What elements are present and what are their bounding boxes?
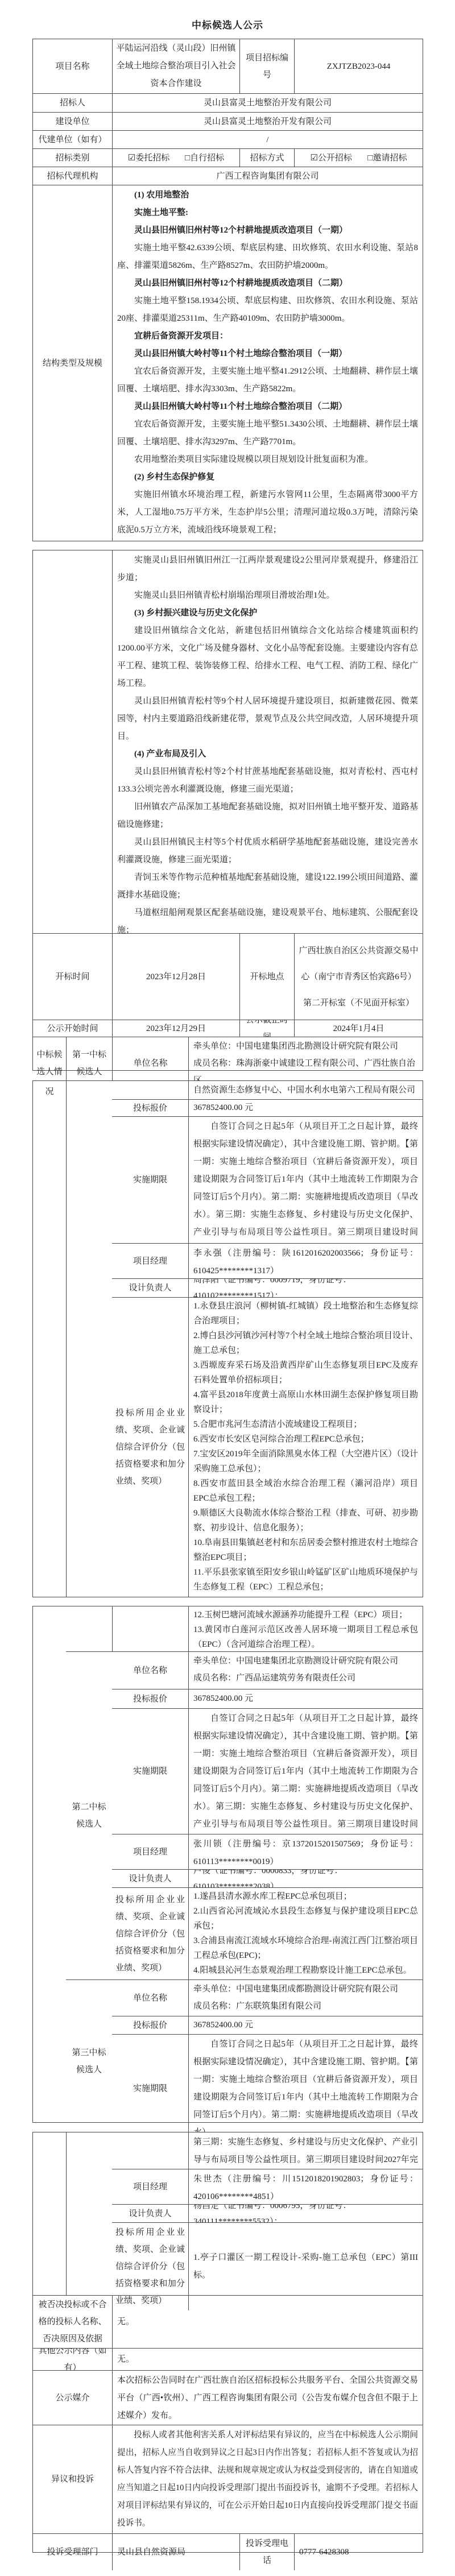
paragraph: 11.平乐县张家镇至阳安乡银山岭锰矿区矿山地质环境保护与生态修复工程（EPC）工… xyxy=(193,1565,418,1595)
label-construction-unit: 建设单位 xyxy=(33,113,112,130)
paragraph: 宜农后备资源开发，主要实施土地平整41.2912公顷、土地翻耕、耕作层土壤回覆、… xyxy=(117,363,418,398)
row-candidate1-achievements: 投标所用企业业绩、奖项、企业诚信综合评价分（包括资格要求和加分业绩、奖项） 1.… xyxy=(112,1297,423,1597)
paragraph: 牵头单位：中国电建集团成都勘测设计研究院有限公司 xyxy=(193,1981,418,1998)
table-segment-4: 12.玉树巴塘河流域水源涵养功能提升工程（EPC）项目；13.黄冈市白莲河示范区… xyxy=(32,1606,423,2123)
paragraph: (4) 产业布局及引入 xyxy=(117,746,418,763)
label-candidate3-price: 投标报价 xyxy=(112,2016,188,2034)
paragraph: (3) 乡村振兴建设与历史文化保护 xyxy=(117,604,418,622)
paragraph: 实施土地平整158.1934公顷、犁底层构建、田坎修筑、农田水利设施、泵站20座… xyxy=(117,292,418,328)
paragraph: 2.山西省沁河流域沁水县段生态修复与保护建设项目EPC总承包； xyxy=(193,1904,418,1933)
row-candidate3-duration-part2: 第三期：实施生态修复、乡村建设与历史文化保护、产业引导与布局项目等公益性项目。第… xyxy=(112,2132,423,2169)
row-candidate3-designer: 设计负责人 杨昌定（证书编号：0006795，身份证号：340111******… xyxy=(112,2204,423,2222)
row-scope-part2: 实施灵山县旧州镇旧州江一江两岸景观建设2公里河岸景观提升，修建沿江步道；实施灵山… xyxy=(33,550,423,933)
paragraph: 灵山县旧州镇民主村等5个村优质水稻研学基地配套基础设施，建设完善水利灌溉设施，修… xyxy=(117,834,418,869)
candidates-group-spacer xyxy=(33,1606,66,2143)
label-scope-continued xyxy=(33,550,112,933)
candidate3-continued-block: 第三期：实施生态修复、乡村建设与历史文化保护、产业引导与布局项目等公益性项目。第… xyxy=(33,2132,423,2295)
label-media: 公示媒介 xyxy=(33,2371,112,2425)
label-objection: 异议和投诉 xyxy=(33,2425,112,2533)
value-candidate1-achievements-part1: 1.永登县庄浪河（柳树镇-红城镇）段土地整治和生态修复综合治理项目；2.博白县沙… xyxy=(188,1298,423,1597)
value-objection: 投标人或者其他利害关系人对评标结果有异议的，应当在中标候选人公示期间提出，招标人… xyxy=(112,2425,423,2533)
value-agency: 广西工程咨询集团有限公司 xyxy=(112,167,423,185)
checkbox-delegated-tender: ☑委托招标 xyxy=(128,150,169,167)
row-candidate3-duration-part1: 实施期限 自签订合同之日起5年（从项目开工之日起计算，最终根据实际建设情况确定）… xyxy=(112,2034,423,2143)
label-candidate2-designer: 设计负责人 xyxy=(112,1870,188,1887)
candidate3-block: 第三中标候选人 单位名称 牵头单位：中国电建集团成都勘测设计研究院有限公司成员名… xyxy=(66,1979,423,2143)
value-project-name: 平陆运河沿线（灵山段）旧州镇全域土地综合整治项目引入社会资本合作建设 xyxy=(112,39,239,93)
value-candidate3-manager: 朱世杰（注册编号：川1512018201902803；身份证号：420106**… xyxy=(188,2169,423,2204)
label-candidate2-rank: 第二中标候选人 xyxy=(66,1652,112,1979)
label-notice-end: 公示截止时间 xyxy=(239,1020,294,1037)
paragraph: 实施旧州镇水环境治理工程，新建污水管网11公里，生态隔离带3000平方米，人工湿… xyxy=(117,486,418,539)
label-candidate1-designer: 设计负责人 xyxy=(112,1279,188,1297)
value-scope-part1: (1) 农用地整治实施土地平整:灵山县旧州镇旧州村等12个村耕地提质改造项目（一… xyxy=(112,185,423,541)
notice-page: { "title": "中标候选人公示", "colors": { "borde… xyxy=(0,0,455,2576)
checkbox-invited-tender: □邀请招标 xyxy=(367,150,407,167)
candidate1-achievements-continued: 12.玉树巴塘河流域水源涵养功能提升工程（EPC）项目；13.黄冈市白莲河示范区… xyxy=(66,1606,423,1651)
paragraph: 灵山县旧州镇青松村等9个村人居环境提升建设项目，拟新建微花园、微菜园等，村内主要… xyxy=(117,693,418,746)
paragraph: 宜耕后备资源开发项目： xyxy=(117,328,418,345)
label-empty xyxy=(112,1081,188,1099)
label-complaint-phone: 投诉受理电话 xyxy=(239,2534,294,2570)
label-candidate2-achievements: 投标所用企业业绩、奖项、企业诚信综合评价分（包括资格要求和加分业绩、奖项） xyxy=(112,1888,188,1979)
candidate1-continued-block: 况 自然资源生态修复中心、中国水利水电第六工程局有限公司 投标报价 367852… xyxy=(33,1081,423,1597)
label-candidates-group-part2: 况 xyxy=(33,1081,66,1597)
row-candidate2-unit: 单位名称 牵头单位：中国电建集团北京勘测设计研究院有限公司成员名称：广西品运建筑… xyxy=(112,1652,423,1689)
value-notice-end: 2024年1月4日 xyxy=(294,1020,423,1037)
checkbox-open-tender: ☑公开招标 xyxy=(310,150,351,167)
label-notice-start: 公示开始时间 xyxy=(33,1020,112,1037)
paragraph: 10.阜南县田集镇赵老村和东岳居委会整村推进农村土地综合整治EPC项目； xyxy=(193,1535,418,1565)
value-candidate3-unit: 牵头单位：中国电建集团成都勘测设计研究院有限公司成员名称：广东联筑集团有限公司 xyxy=(188,1980,423,2016)
row-tenderer: 招标人 灵山县富灵土地整治开发有限公司 xyxy=(33,93,423,112)
row-candidate2-manager: 项目经理 张川锁（注册编号：京1372015201507569；身份证号：610… xyxy=(112,1834,423,1869)
paragraph: 8.西安市蓝田县全域治水综合治理工程（灞河沿岸）项目EPC总承包工程； xyxy=(193,1476,418,1506)
row-candidate2-price: 投标报价 367852400.00 元 xyxy=(112,1689,423,1708)
row-other-content: 其他公示内容（如有） 无。 xyxy=(33,2348,423,2370)
paragraph: 9.顺德区大良勒流水体综合整治工程（排查、可研、初步勘察、初步设计、信息化服务）… xyxy=(193,1506,418,1535)
row-agent-unit: 代建单位（如有） / xyxy=(33,130,423,148)
paragraph: 13.黄冈市白莲河示范区改善人居环境一期项目工程总承包（EPC）（含河道综合治理… xyxy=(193,1622,418,1651)
paragraph: 1.亭子口灌区一期工程设计-采购-施工总承包（EPC）第III标。 xyxy=(193,2249,418,2284)
paragraph: 6.西安市长安区皂河综合治理工程EPC总承包； xyxy=(193,1432,418,1447)
value-scope-part2: 实施灵山县旧州镇旧州江一江两岸景观建设2公里河岸景观提升，修建沿江步道；实施灵山… xyxy=(112,550,423,933)
value-candidate1-price: 367852400.00 元 xyxy=(188,1100,423,1116)
value-other-content: 无。 xyxy=(112,2349,423,2370)
paragraph: 牵头单位：中国电建集团北京勘测设计研究院有限公司 xyxy=(193,1653,418,1670)
row-candidate2-duration: 实施期限 自签订合同之日起5年（从项目开工之日起计算，最终根据实际建设情况确定）… xyxy=(112,1708,423,1834)
label-agent-unit: 代建单位（如有） xyxy=(33,131,112,148)
label-candidate2-manager: 项目经理 xyxy=(112,1834,188,1869)
row-candidate1-unit-continued: 自然资源生态修复中心、中国水利水电第六工程局有限公司 xyxy=(112,1081,423,1099)
label-candidate1-achievements: 投标所用企业业绩、奖项、企业诚信综合评价分（包括资格要求和加分业绩、奖项） xyxy=(112,1298,188,1597)
value-candidate2-unit: 牵头单位：中国电建集团北京勘测设计研究院有限公司成员名称：广西品运建筑劳务有限责… xyxy=(188,1652,423,1689)
paragraph: 灵山县旧州镇旧州村等12个村耕地提质改造项目（二期） xyxy=(117,275,418,292)
table-segment-1: 项目名称 平陆运河沿线（灵山段）旧州镇全域土地综合整治项目引入社会资本合作建设 … xyxy=(32,39,423,541)
value-tender-method: ☑公开招标 □邀请招标 xyxy=(294,149,423,167)
label-candidate3-manager: 项目经理 xyxy=(112,2169,188,2204)
row-candidate1-duration: 实施期限 自签订合同之日起5年（从项目开工之日起计算，最终根据实际建设情况确定）… xyxy=(112,1116,423,1243)
paragraph: 5.合肥市兆河生态清洁小流域建设工程项目； xyxy=(193,1417,418,1432)
value-candidate3-price: 367852400.00 元 xyxy=(188,2016,423,2034)
label-candidate1-duration: 实施期限 xyxy=(112,1117,188,1243)
label-bid-open-place: 开标地点 xyxy=(239,934,294,1020)
label-candidate2-price: 投标报价 xyxy=(112,1689,188,1708)
value-candidate1-duration: 自签订合同之日起5年（从项目开工之日起计算，最终根据实际建设情况确定），其中含建… xyxy=(188,1117,423,1243)
value-candidate2-designer: 卢俊（证书编号：0000833，身份证号：610103********2038） xyxy=(188,1870,423,1887)
paragraph: 青饲玉米等作物示范种植基地配套基础设施，建设122.199公顷田间道路、灌溉排水… xyxy=(117,869,418,904)
paragraph: 1.遂昌县清水源水库工程EPC总承包项目； xyxy=(193,1889,418,1904)
row-objection: 异议和投诉 投标人或者其他利害关系人对评标结果有异议的，应当在中标候选人公示期间… xyxy=(33,2425,423,2533)
value-candidate2-price: 367852400.00 元 xyxy=(188,1689,423,1708)
label-other-content: 其他公示内容（如有） xyxy=(33,2349,112,2370)
label-candidate1-price: 投标报价 xyxy=(112,1100,188,1116)
row-candidate1-designer: 设计负责人 周泽阳（证书编号：0009719，身份证号：410102******… xyxy=(112,1278,423,1297)
value-candidate2-duration: 自签订合同之日起5年（从项目开工之日起计算，最终根据实际建设情况确定），其中含建… xyxy=(188,1709,423,1834)
row-scope-part1: 结构类型及规模 (1) 农用地整治实施土地平整:灵山县旧州镇旧州村等12个村耕地… xyxy=(33,185,423,541)
value-candidate3-designer: 杨昌定（证书编号：0006795，身份证号：340111********5532… xyxy=(188,2205,423,2222)
label-scope: 结构类型及规模 xyxy=(33,185,112,541)
candidate2-block: 第二中标候选人 单位名称 牵头单位：中国电建集团北京勘测设计研究院有限公司成员名… xyxy=(66,1651,423,1979)
label-candidate3-designer: 设计负责人 xyxy=(112,2205,188,2222)
label-empty xyxy=(112,2132,188,2169)
row-candidate2-designer: 设计负责人 卢俊（证书编号：0000833，身份证号：610103*******… xyxy=(112,1869,423,1887)
paragraph: 灵山县旧州镇旧州村等12个村耕地提质改造项目（一期） xyxy=(117,222,418,239)
row-media: 公示媒介 本次招标公告同时在广西壮族自治区招标投标公共服务平台、全国公共资源交易… xyxy=(33,2370,423,2425)
label-candidate2-unit-name: 单位名称 xyxy=(112,1652,188,1689)
row-construction-unit: 建设单位 灵山县富灵土地整治开发有限公司 xyxy=(33,112,423,130)
label-bid-open-time: 开标时间 xyxy=(33,934,112,1020)
value-bid-open-place: 广西壮族自治区公共资源交易中心（南宁市青秀区怡宾路6号）第二开标室（不见面开标室… xyxy=(294,934,423,1020)
paragraph: 4.富平县2018年度黄土高原山水林田湖生态保护修复项目勘察设计； xyxy=(193,1388,418,1417)
paragraph: 牵头单位：中国电建集团西北勘测设计研究院有限公司 xyxy=(193,1038,418,1055)
paragraph: 建设旧州镇综合文化站，新建包括旧州镇综合文化站综合楼建筑面积约1200.00平方… xyxy=(117,622,418,693)
label-complaint-dept: 投诉受理部门 xyxy=(33,2534,112,2570)
paragraph: 3.西塬废弃采石场及沿黄西岸矿山生态修复项目EPC及废弃石料处置单价招标项目； xyxy=(193,1358,418,1388)
row-candidate1-price: 投标报价 367852400.00 元 xyxy=(112,1099,423,1116)
row-candidate2-achievements: 投标所用企业业绩、奖项、企业诚信综合评价分（包括资格要求和加分业绩、奖项） 1.… xyxy=(112,1887,423,1979)
row-notice-period: 公示开始时间 2023年12月29日 公示截止时间 2024年1月4日 xyxy=(33,1020,423,1037)
label-candidate3-unit-name: 单位名称 xyxy=(112,1980,188,2016)
paragraph: 3.合浦县南流江流域水环境综合治理-南流江西门江整治项目工程总承包(EPC)； xyxy=(193,1933,418,1963)
table-segment-2: 实施灵山县旧州镇旧州江一江两岸景观建设2公里河岸景观提升，修建沿江步道；实施灵山… xyxy=(32,550,423,1071)
value-tender-category: ☑委托招标 □自行招标 xyxy=(112,149,239,167)
value-candidate2-manager: 张川锁（注册编号：京1372015201507569；身份证号：610113**… xyxy=(188,1834,423,1869)
label-tender-category: 招标类别 xyxy=(33,149,112,167)
paragraph: 灵山县旧州镇青松村等2个村甘蔗基地配套基础设施，拟对青松村、西屯村133.3公顷… xyxy=(117,763,418,798)
row-rejected: 被否决投标或不合格的投标人名称、否决原因及依据 无。 xyxy=(33,2295,423,2348)
paragraph: 农用地整治类项目实际建设规模以项目规划设计批复面积为准。 xyxy=(117,451,418,469)
label-candidate1-manager: 项目经理 xyxy=(112,1244,188,1278)
paragraph: 马道枢纽船闸观景区配套基础设施，建设观景平台、地标建筑、公服配套设施； xyxy=(117,904,418,933)
label-candidate3-duration: 实施期限 xyxy=(112,2035,188,2143)
paragraph: 4.阳城县沁河生态景观治理工程勘察设计施工EPC总承包。 xyxy=(193,1963,418,1978)
value-tenderer: 灵山县富灵土地整治开发有限公司 xyxy=(112,94,423,112)
label-empty xyxy=(112,1606,188,1651)
paragraph: 成员名称：广东联筑集团有限公司 xyxy=(193,1998,418,2015)
value-notice-start: 2023年12月29日 xyxy=(112,1020,239,1037)
paragraph: 2.博白县沙河镇沙河村等7个村全域土地综合整治项目设计、施工总承包； xyxy=(193,1328,418,1358)
label-agency: 招标代理机构 xyxy=(33,167,112,185)
paragraph: 12.玉树巴塘河流域水源涵养功能提升工程（EPC）项目； xyxy=(193,1608,418,1622)
value-tender-no: ZXJTZB2023-044 xyxy=(294,39,423,93)
value-construction-unit: 灵山县富灵土地整治开发有限公司 xyxy=(112,113,423,130)
label-tender-method: 招标方式 xyxy=(239,149,294,167)
label-rejected: 被否决投标或不合格的投标人名称、否决原因及依据 xyxy=(33,2296,112,2348)
value-candidate1-designer: 周泽阳（证书编号：0009719，身份证号：410102********1517… xyxy=(188,1279,423,1297)
candidates-continued-block: 12.玉树巴塘河流域水源涵养功能提升工程（EPC）项目；13.黄冈市白莲河示范区… xyxy=(33,1606,423,2143)
value-candidate1-manager: 李永强（注册编号：陕1612016202003566；身份证号：610425**… xyxy=(188,1244,423,1278)
paragraph: 实施土地平整: xyxy=(117,204,418,222)
paragraph: 1.永登县庄浪河（柳树镇-红城镇）段土地整治和生态修复综合治理项目； xyxy=(193,1299,418,1328)
label-candidate3-rank: 第三中标候选人 xyxy=(66,1980,112,2143)
candidates-group-spacer xyxy=(33,2132,66,2295)
value-candidate1-unit-part2: 自然资源生态修复中心、中国水利水电第六工程局有限公司 xyxy=(188,1081,423,1099)
paragraph: 灵山县旧州镇大岭村等11个村土地综合整治项目（一期） xyxy=(117,345,418,363)
paragraph: 成员名称：广西品运建筑劳务有限责任公司 xyxy=(193,1670,418,1687)
paragraph: 旧州镇农产品深加工基地配套基础设施，拟对旧州镇土地平整开发、道路基础设施修建； xyxy=(117,798,418,834)
label-project-name: 项目名称 xyxy=(33,39,112,93)
table-segment-3: 况 自然资源生态修复中心、中国水利水电第六工程局有限公司 投标报价 367852… xyxy=(32,1080,423,1597)
paragraph: 灵山县旧州镇大岭村等11个村土地综合整治项目（二期） xyxy=(117,398,418,416)
paragraph: 7.宝安区2019年全面消除黑臭水体工程（大空港片区）（设计采购施工总承包）； xyxy=(193,1447,418,1476)
value-candidate1-achievements-part2: 12.玉树巴塘河流域水源涵养功能提升工程（EPC）项目；13.黄冈市白莲河示范区… xyxy=(188,1606,423,1651)
row-candidate3-manager: 项目经理 朱世杰（注册编号：川1512018201902803；身份证号：420… xyxy=(112,2169,423,2204)
page-title: 中标候选人公示 xyxy=(0,17,455,31)
label-tenderer: 招标人 xyxy=(33,94,112,112)
candidate1-rank-continued xyxy=(66,1081,112,1597)
row-bid-open: 开标时间 2023年12月28日 开标地点 广西壮族自治区公共资源交易中心（南宁… xyxy=(33,933,423,1020)
row-complaint: 投诉受理部门 灵山县自然资源局 投诉受理电话 0777-6428308 xyxy=(33,2533,423,2570)
row-agency: 招标代理机构 广西工程咨询集团有限公司 xyxy=(33,167,423,185)
paragraph: 实施灵山县旧州镇旧州江一江两岸景观建设2公里河岸景观提升，修建沿江步道； xyxy=(117,552,418,587)
row-candidate1-manager: 项目经理 李永强（注册编号：陕1612016202003566；身份证号：610… xyxy=(112,1243,423,1278)
value-media: 本次招标公告同时在广西壮族自治区招标投标公共服务平台、全国公共资源交易平台（广西… xyxy=(112,2371,423,2425)
value-candidate2-achievements: 1.遂昌县清水源水库工程EPC总承包项目；2.山西省沁河流域沁水县段生态修复与保… xyxy=(188,1888,423,1979)
value-complaint-phone: 0777-6428308 xyxy=(294,2534,423,2570)
checkbox-self-tender: □自行招标 xyxy=(185,150,224,167)
paragraph: 宜农后备资源开发，主要实施土地平整51.3430公顷、土地翻耕、耕作层土壤回覆、… xyxy=(117,416,418,451)
row-candidate3-price: 投标报价 367852400.00 元 xyxy=(112,2016,423,2034)
paragraph: 实施灵山县旧州镇青松村崩塌治理项目滑坡治理1处。 xyxy=(117,587,418,604)
paragraph: 实施土地平整42.6339公顷、犁底层构建、田坎修筑、农田水利设施、泵站8座、排… xyxy=(117,239,418,275)
value-bid-open-time: 2023年12月28日 xyxy=(112,934,239,1020)
paragraph: (1) 农用地整治 xyxy=(117,187,418,204)
candidate3-rank-spacer xyxy=(66,2132,112,2295)
paragraph: (2) 乡村生态保护修复 xyxy=(117,469,418,486)
label-candidate2-duration: 实施期限 xyxy=(112,1709,188,1834)
row-candidate3-unit: 单位名称 牵头单位：中国电建集团成都勘测设计研究院有限公司成员名称：广东联筑集团… xyxy=(112,1980,423,2016)
value-candidate3-duration-part2: 第三期：实施生态修复、乡村建设与历史文化保护、产业引导与布局项目等公益性项目。第… xyxy=(188,2132,423,2169)
value-rejected: 无。 xyxy=(112,2296,423,2348)
value-agent-unit: / xyxy=(112,131,423,148)
row-project-name: 项目名称 平陆运河沿线（灵山段）旧州镇全域土地综合整治项目引入社会资本合作建设 … xyxy=(33,39,423,93)
label-tender-no: 项目招标编号 xyxy=(239,39,294,93)
value-candidate3-duration-part1: 自签订合同之日起5年（从项目开工之日起计算，最终根据实际建设情况确定），其中含建… xyxy=(188,2035,423,2143)
table-segment-5: 第三期：实施生态修复、乡村建设与历史文化保护、产业引导与布局项目等公益性项目。第… xyxy=(32,2132,423,2553)
row-tender-category: 招标类别 ☑委托招标 □自行招标 招标方式 ☑公开招标 □邀请招标 xyxy=(33,148,423,167)
candidate1-rank-spacer xyxy=(66,1606,112,1651)
value-complaint-dept: 灵山县自然资源局 xyxy=(112,2534,239,2570)
